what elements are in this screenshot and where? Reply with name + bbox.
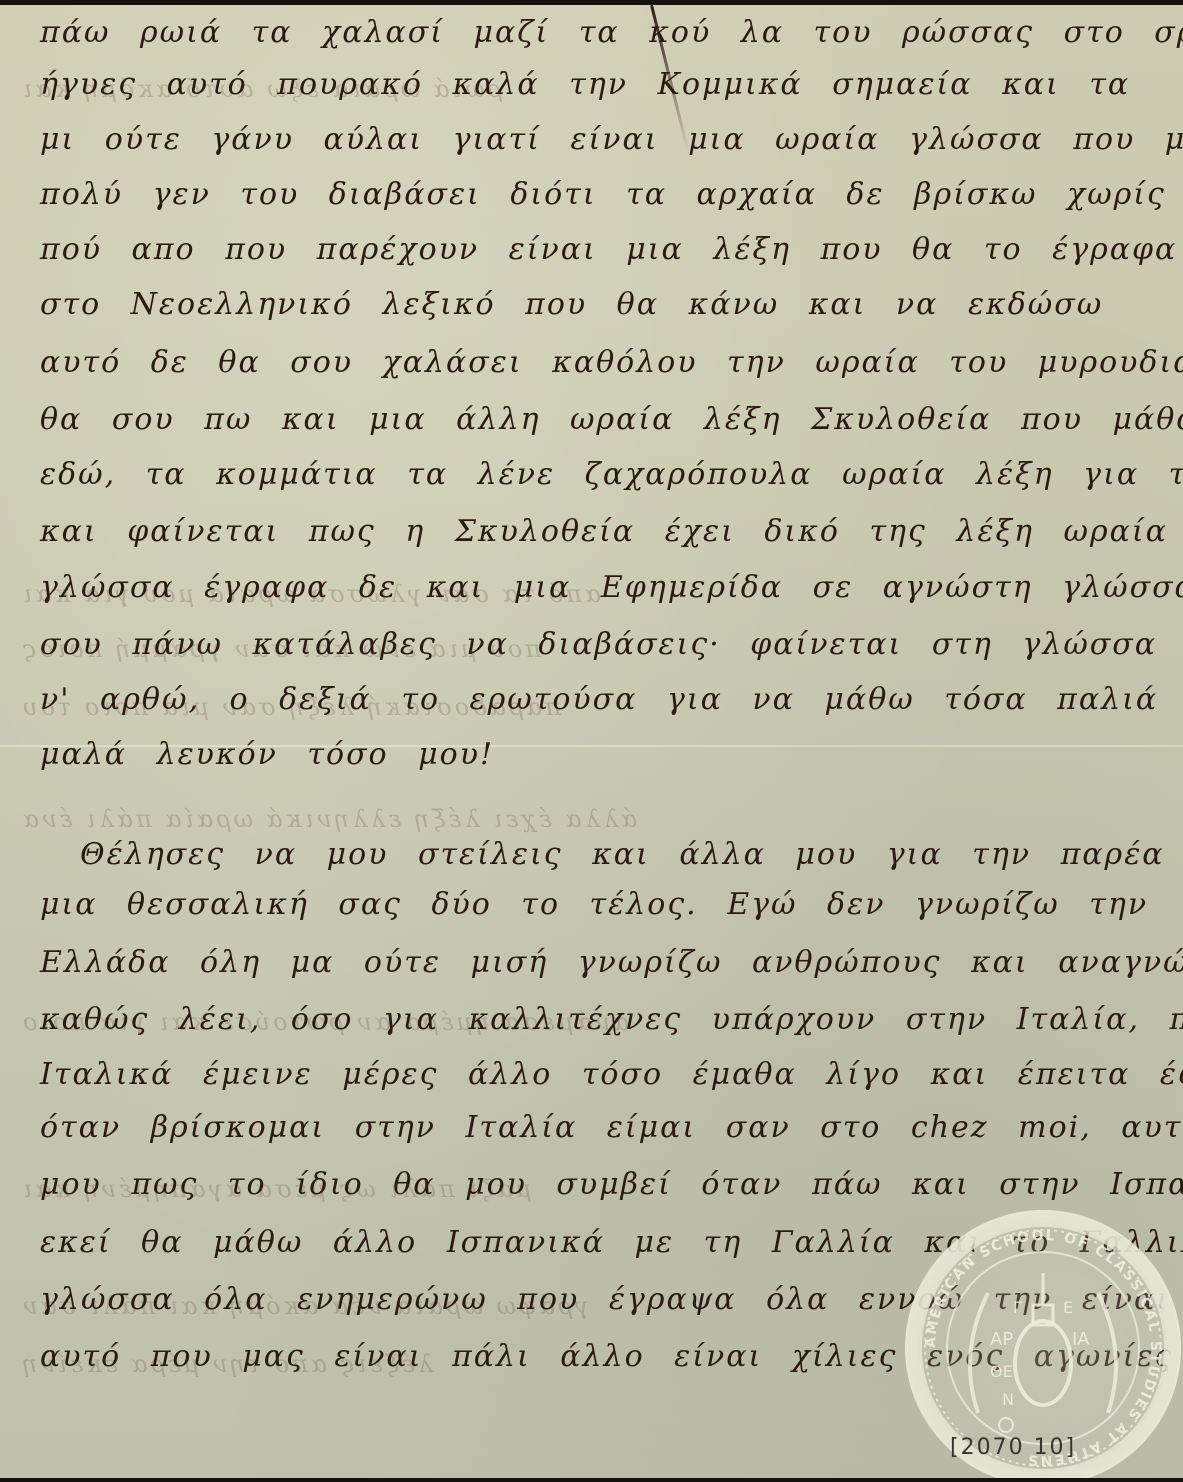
handwritten-line-3: μι ούτε γάνυ αύλαι γιατί είναι μια ωραία… xyxy=(40,122,1183,157)
svg-text:ΘΕ: ΘΕ xyxy=(990,1362,1013,1381)
svg-text:Γ: Γ xyxy=(1013,1298,1022,1317)
handwritten-line-8: θα σου πω και μια άλλη ωραία λέξη Σκυλοθ… xyxy=(40,402,1183,437)
handwritten-line-10: και φαίνεται πως η Σκυλοθεία έχει δικό τ… xyxy=(40,514,1168,549)
handwritten-line-4: πολύ γεν του διαβάσει διότι τα αρχαία δε… xyxy=(40,177,1183,212)
handwritten-line-15: Θέλησες να μου στείλεις και άλλα μου για… xyxy=(80,837,1183,872)
handwritten-line-5: πού απο που παρέχουν είναι μια λέξη που … xyxy=(40,232,1183,267)
archive-reference-annotation: [2070 10] xyxy=(950,1435,1076,1460)
handwritten-line-19: Ιταλικά έμεινε μέρες άλλο τόσο έμαθα λίγ… xyxy=(40,1057,1183,1092)
handwritten-line-21: μου πως το ίδιο θα μου συμβεί όταν πάω κ… xyxy=(40,1167,1183,1202)
handwritten-line-6: στο Νεοελληνικό λεξικό που θα κάνω και ν… xyxy=(40,287,1103,322)
handwritten-line-17: Ελλάδα όλη μα ούτε μισή γνωρίζω ανθρώπου… xyxy=(40,945,1183,980)
svg-text:ΑΡ: ΑΡ xyxy=(990,1329,1013,1350)
handwritten-line-14: μαλά λευκόν τόσο μου! xyxy=(40,737,494,772)
handwritten-line-7: αυτό δε θα σου χαλάσει καθόλου την ωραία… xyxy=(40,345,1183,380)
letter-page: ρωιά ωραία έξω αυτό ακόμη και από τα σαν… xyxy=(0,5,1183,1478)
handwritten-line-13: ν' αρθώ, ο δεξιά το ερωτούσα για να μάθω… xyxy=(40,682,1183,717)
scan-bottom-border xyxy=(0,1478,1183,1482)
handwritten-line-11: γλώσσα έγραφα δε και μια Εφημερίδα σε αγ… xyxy=(40,570,1183,605)
bleed-through-text: άλλα έχει λέξη ελληνικά ωραία πάλι ένα xyxy=(20,805,637,833)
handwritten-line-20: όταν βρίσκομαι στην Ιταλία είμαι σαν στο… xyxy=(40,1110,1183,1145)
handwritten-line-1: πάω ρωιά τα χαλασί μαζί τα κού λα του ρώ… xyxy=(40,15,1183,50)
handwritten-line-12: σου πάνω κατάλαβες να διαβάσεις· φαίνετα… xyxy=(40,627,1157,662)
svg-text:Ν: Ν xyxy=(1002,1390,1014,1409)
handwritten-line-16: μια θεσσαλική σας δύο το τέλος. Εγώ δεν … xyxy=(40,887,1148,922)
svg-text:Ε: Ε xyxy=(1063,1298,1073,1317)
svg-text:ΙΑ: ΙΑ xyxy=(1072,1329,1090,1350)
handwritten-line-2: ήγυες αυτό πουρακό καλά την Κομμικά σημα… xyxy=(40,67,1130,102)
svg-text:AMERICAN SCHOOL OF CLASSICAL S: AMERICAN SCHOOL OF CLASSICAL STUDIES AT … xyxy=(923,1228,1163,1468)
handwritten-line-18: καθώς λέει, όσο για καλλιτέχνες υπάρχουν… xyxy=(40,1002,1183,1037)
handwritten-line-9: εδώ, τα κομμάτια τα λένε ζαχαρόπουλα ωρα… xyxy=(40,457,1183,492)
